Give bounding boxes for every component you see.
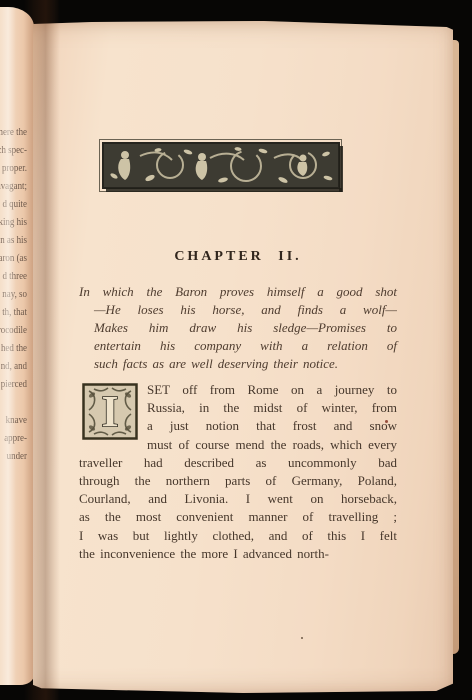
drop-cap-initial: I [82, 383, 138, 440]
paper-speck [385, 420, 388, 423]
chapter-heading: CHAPTER II. [79, 247, 397, 266]
book-photo-canvas: { "colors": { "background": "#070605", "… [0, 0, 472, 700]
left-page-edge: here thech spec-s proper.avagant;d quite… [0, 7, 34, 685]
headpiece-engraving [98, 138, 344, 196]
text-line: I was but lightly clothed, and of this I… [79, 527, 397, 545]
text-line: entertain his company with a relation of [79, 337, 397, 355]
text-line: as the most convenient manner of travell… [79, 508, 397, 526]
right-page: CHAPTER II. In which the Baron proves hi… [33, 21, 453, 693]
drop-cap-engraving: I [82, 383, 138, 440]
page-curl-highlight [0, 7, 16, 685]
text-line: Makes him draw his sledge—Promises to [79, 319, 397, 337]
text-line: Courland, and Livonia. I went on horseba… [79, 490, 397, 508]
text-line: In which the Baron proves himself a good… [79, 283, 397, 301]
body-paragraph: I SET off from Rome on a journey toRussi… [79, 381, 397, 563]
text-line: the inconvenience the more I advanced no… [79, 545, 397, 563]
chapter-summary: In which the Baron proves himself a good… [79, 283, 397, 373]
text-line: traveller had described as uncommonly ba… [79, 454, 397, 472]
text-line: such facts as are well deserving their n… [79, 355, 397, 373]
paper-speck [301, 637, 303, 639]
headpiece-ornament [98, 138, 344, 196]
text-line: —He loses his horse, and finds a wolf— [79, 301, 397, 319]
printed-text-block: CHAPTER II. In which the Baron proves hi… [79, 21, 397, 563]
drop-cap-letter: I [101, 387, 118, 436]
open-book-photograph: here thech spec-s proper.avagant;d quite… [0, 0, 472, 700]
text-line: through the northern parts of Germany, P… [79, 472, 397, 490]
